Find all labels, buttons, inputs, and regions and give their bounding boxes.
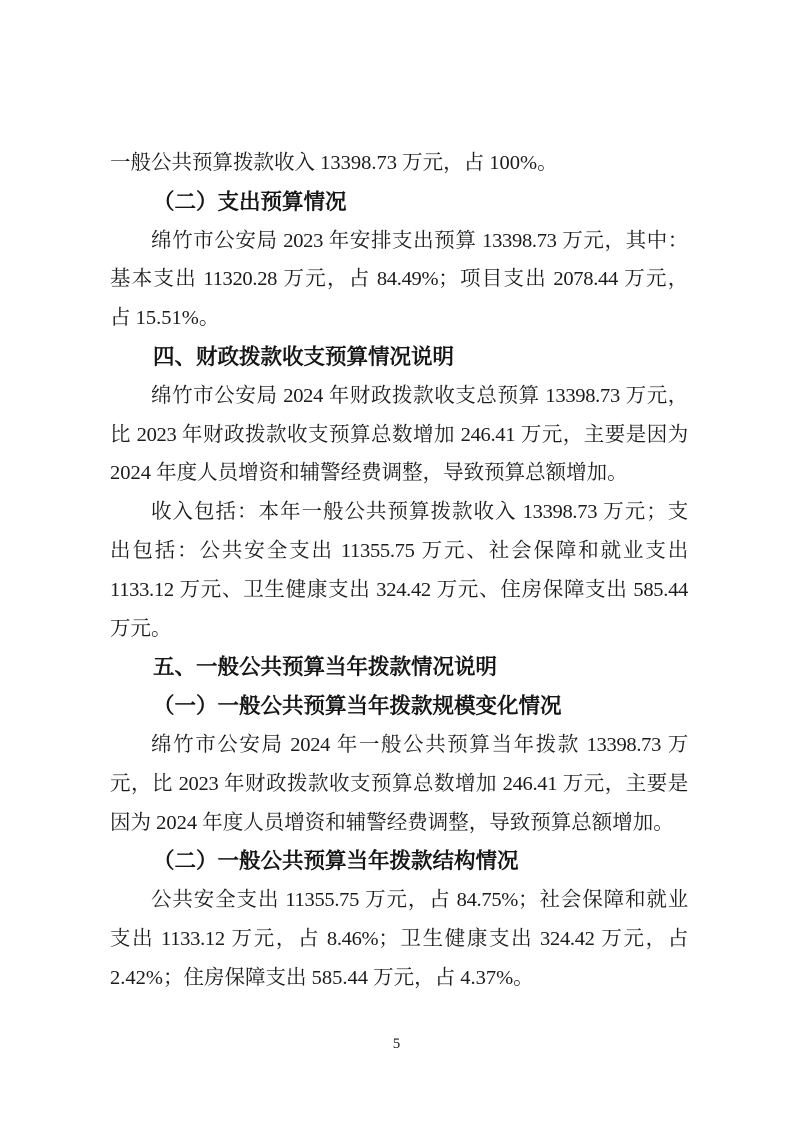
body-line: 一般公共预算拨款收入 13398.73 万元，占 100%。 — [110, 144, 688, 183]
body-line: 占 15.51%。 — [110, 299, 688, 338]
body-line: 万元。 — [110, 610, 688, 649]
body-line: 收入包括：本年一般公共预算拨款收入 13398.73 万元；支 — [110, 493, 688, 532]
body-line: 公共安全支出 11355.75 万元，占 84.75%；社会保障和就业 — [110, 881, 688, 920]
document-page: 一般公共预算拨款收入 13398.73 万元，占 100%。 （二）支出预算情况… — [0, 0, 793, 1122]
body-line: 绵竹市公安局 2024 年财政拨款收支总预算 13398.73 万元， — [110, 377, 688, 416]
section-heading-general-public-budget: 五、一般公共预算当年拨款情况说明 — [110, 648, 688, 687]
section-heading-fiscal-appropriation: 四、财政拨款收支预算情况说明 — [110, 338, 688, 377]
body-line: 2.42%；住房保障支出 585.44 万元，占 4.37%。 — [110, 959, 688, 998]
body-line: 基本支出 11320.28 万元，占 84.49%；项目支出 2078.44 万… — [110, 260, 688, 299]
subsection-heading-scale-change: （一）一般公共预算当年拨款规模变化情况 — [110, 687, 688, 726]
body-line: 出包括：公共安全支出 11355.75 万元、社会保障和就业支出 — [110, 532, 688, 571]
body-line: 1133.12 万元、卫生健康支出 324.42 万元、住房保障支出 585.4… — [110, 571, 688, 610]
body-line: 绵竹市公安局 2024 年一般公共预算当年拨款 13398.73 万 — [110, 726, 688, 765]
body-line: 比 2023 年财政拨款收支预算总数增加 246.41 万元，主要是因为 — [110, 416, 688, 455]
body-line: 支出 1133.12 万元，占 8.46%；卫生健康支出 324.42 万元，占 — [110, 920, 688, 959]
body-line: 元，比 2023 年财政拨款收支预算总数增加 246.41 万元，主要是 — [110, 765, 688, 804]
page-number: 5 — [0, 1036, 793, 1052]
document-content: 一般公共预算拨款收入 13398.73 万元，占 100%。 （二）支出预算情况… — [110, 144, 688, 998]
body-line: 因为 2024 年度人员增资和辅警经费调整，导致预算总额增加。 — [110, 804, 688, 843]
subsection-heading-expenditure-budget: （二）支出预算情况 — [110, 183, 688, 222]
body-line: 2024 年度人员增资和辅警经费调整，导致预算总额增加。 — [110, 454, 688, 493]
body-line: 绵竹市公安局 2023 年安排支出预算 13398.73 万元，其中： — [110, 222, 688, 261]
subsection-heading-structure: （二）一般公共预算当年拨款结构情况 — [110, 842, 688, 881]
